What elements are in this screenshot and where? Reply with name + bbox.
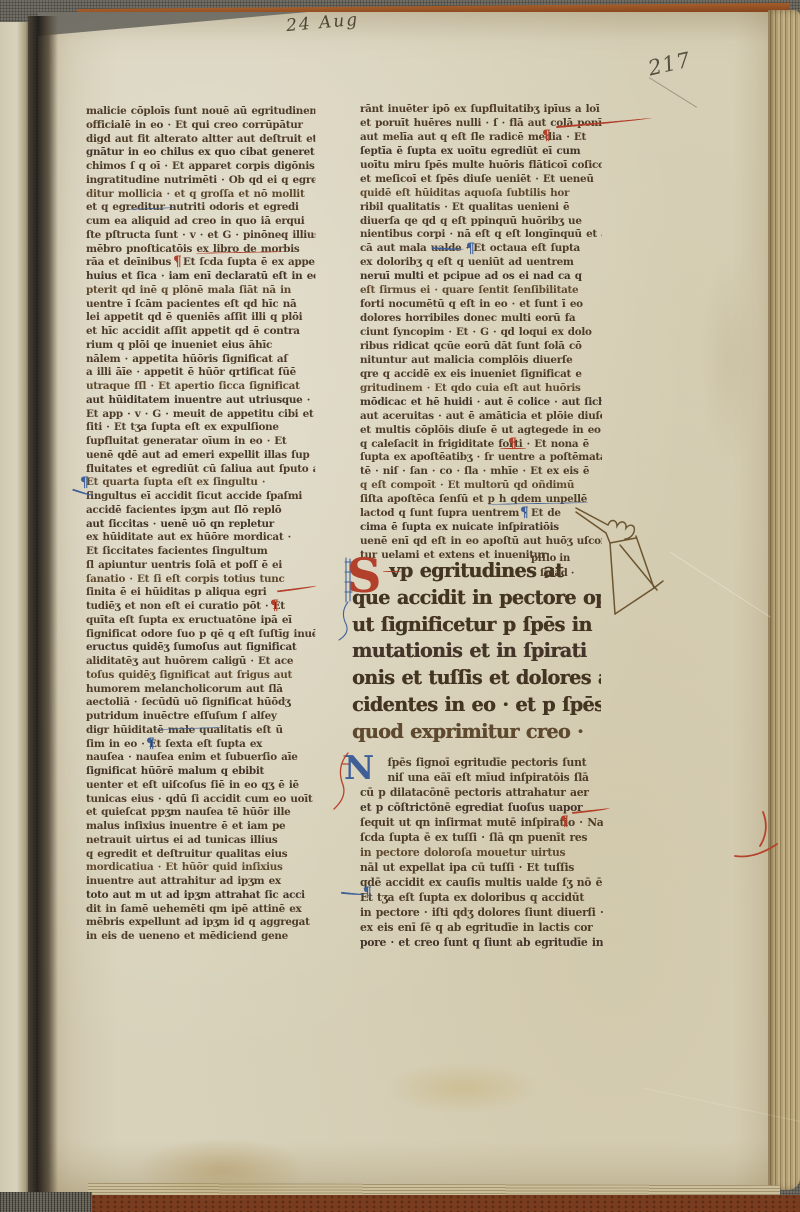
manuscript-text-line: uenē qdē aut ad emeri expellit illas ſup	[86, 449, 315, 463]
manuscript-text-line: rāa et deīnibus · Et ſcda ſupta ē ex app…	[86, 256, 315, 270]
manuscript-text-line: ſupfluitat generatar oīum in eo · Et	[86, 435, 315, 449]
manuscript-text-line: uoītu miru ſpēs multe huōris flāticoī co…	[360, 159, 602, 173]
manuscript-text-line: tunicas eius · qdū ſi accidit cum eo uoī…	[86, 793, 315, 807]
manuscript-text-line: nauſea · nauſea enim et ſubuerſio aīe	[86, 751, 315, 765]
manuscript-text-line: aectoliā · ſecūdū uō ſignificat hūōdʒ	[86, 696, 315, 710]
manuscript-text-line: lactod q ſunt ſupra uentrem · Et de	[360, 507, 602, 521]
manuscript-text-line: ſequit ut qn inſirmat mutē inſpiratio · …	[360, 815, 603, 830]
cloth-bottom-left	[0, 1192, 92, 1212]
manuscript-text-line: chimos ſ q oī · Et apparet corpis digōni…	[86, 160, 315, 174]
manuscript-text-line: pore · et creo ſunt q ſiunt ab egritudīe…	[360, 935, 603, 950]
manuscript-text-line: eſt ſirmus ei · quare ſentit ſenſibilita…	[360, 284, 602, 298]
manuscript-text-line: ex doloribʒ q eſt q ueniūt ad uentrem	[360, 256, 602, 270]
manuscript-text-line: rānt inuēter ipō ex ſupfluitatibʒ ipīus …	[360, 103, 602, 117]
manuscript-text-line: officialē in eo · Et qui creo corrūpātur	[86, 119, 315, 133]
manuscript-text-line: malus inſixius inuentre ē et iam pe	[86, 820, 315, 834]
manuscript-text-line: digd aut fit alterato altter aut deſtrui…	[86, 133, 315, 147]
manuscript-text-line: accidē facientes ipʒm aut ſlō replō	[86, 504, 315, 518]
display-heading-line: quod exprimitur creo ·	[352, 719, 601, 746]
manuscript-text-line: ſupta ex apoſtēatibʒ · ſr uentre a poſtē…	[360, 451, 602, 465]
decorated-initial-s: S	[347, 553, 381, 600]
manuscript-text-line: cum ea aliquid ad creo in quo iā erqui	[86, 215, 315, 229]
manuscript-text-line: mōdicac et hē huidi · aut ē colice · aut…	[360, 396, 602, 410]
manuscript-text-line: quidē eſt hūiditas aquoſa ſubtilis hor	[360, 187, 602, 201]
book-gutter-shadow	[28, 16, 58, 1194]
manuscript-text-line: ditur mollicia · et q groſſa et nō molli…	[86, 188, 315, 202]
manuscript-text-line: q caleſacit in frigiditate forti · Et no…	[360, 438, 602, 452]
manuscript-text-line: niſ una eāī eſt mīud inſpiratōis ſlā	[360, 770, 603, 785]
facing-page-edge	[0, 22, 30, 1202]
manuscript-text-line: huius et ſica · iam enī declaratū eſt in…	[86, 270, 315, 284]
manuscript-text-line: mēbro pnoſticatōis ex libro de morbis	[86, 243, 315, 257]
manuscript-text-line: toto aut m ut ad ipʒm attrahat ſic acci	[86, 889, 315, 903]
manuscript-text-line: pterit qd inē q plōnē mala ſiāt nā in	[86, 284, 315, 298]
manicule-pointing-hand-drawing	[570, 496, 666, 626]
fore-edge-page-stack	[768, 10, 800, 1190]
display-heading-line: onis et tuſſis et dolores ac	[352, 665, 601, 692]
manuscript-text-line: et hīc accidit aſſit appetit qd ē contra	[86, 325, 315, 339]
manuscript-text-line: putridum inuēctre eſſuſum ſ alſey	[86, 710, 315, 724]
display-heading-line: ut ſignificetur p ſpēs in	[352, 612, 601, 639]
manuscript-text-line: Et app · v · G · meuit de appetitu cibi …	[86, 408, 315, 422]
manuscript-text-line: dit in ſamē uehemēti qm ipē attinē ex	[86, 903, 315, 917]
manuscript-text-line: neruī multi et pcipue ad os ei nad ca q	[360, 270, 602, 284]
manuscript-text-line: ſinita ē ei hūiditas p aliqua egri	[86, 586, 315, 600]
right-text-column-upper: rānt inuēter ipō ex ſupfluitatibʒ ipīus …	[360, 103, 602, 563]
manuscript-text-line: humorem melancholicorum aut ſlā	[86, 683, 315, 697]
manuscript-text-line: cā aut mala ualde · Et octaua eſt ſupta	[360, 242, 602, 256]
manuscript-text-line: qre q accidē ex eis inueniet ſignificat …	[360, 368, 602, 382]
manuscript-text-line: ribus ridicat qcūe eorū dāt ſunt ſolā cō	[360, 340, 602, 354]
manuscript-text-line: ſiſta apoſtēca ſenſū et p h qdem unpellē	[360, 493, 602, 507]
parchment-stain	[138, 1138, 306, 1202]
manuscript-text-line: aut aceruitas · aut ē amāticia et plōie …	[360, 410, 602, 424]
manuscript-text-line: cū p dilatacōnē pectoris attrahatur aer	[360, 785, 603, 800]
manuscript-text-line: aliditatēʒ aut huōrem caligū · Et ace	[86, 655, 315, 669]
decorated-initial-n: N	[344, 751, 374, 784]
manuscript-text-line: uenē enī qd eſt in eo apoſtū aut huōʒ uſ…	[360, 535, 602, 549]
manuscript-text-line: ciunt ſyncopim · Et · G · qd loqui ex do…	[360, 326, 602, 340]
manuscript-text-line: ſl apiuntur uentris ſolā et poſſ ē ei	[86, 559, 315, 573]
manuscript-text-line: et p cōſtrictōnē egrediat ſuoſus uapor	[360, 800, 603, 815]
manuscript-text-line: mēbris expellunt ad ipʒm id q aggregat	[86, 916, 315, 930]
manuscript-text-line: et q egreditur nutriti odoris et egredi	[86, 201, 315, 215]
manuscript-text-line: Et quarta ſupta eſt ex ſingultu ·	[86, 476, 315, 490]
manuscript-text-line: nientibus corpi · nā eſt q eſt longīnquū…	[360, 228, 602, 242]
manuscript-text-line: tē · niſ · ſan · co · ſla · mhīe · Et ex…	[360, 465, 602, 479]
manuscript-text-line: gnātur in eo chilus ex quo cibat generet	[86, 146, 315, 160]
manuscript-text-line: toſus quidēʒ ſignificat aut ſrigus aut	[86, 669, 315, 683]
manuscript-text-line: et quieſcat ppʒm nauſea tē hūōr ille	[86, 806, 315, 820]
manuscript-text-line: ribil qualitatis · Et qualitas uenieni ē	[360, 201, 602, 215]
manuscript-text-line: mordicatiua · Et hūōr quid inſixius	[86, 861, 315, 875]
manuscript-text-line: q egredit et deſtruitur qualitas eius	[86, 848, 315, 862]
manuscript-text-line: quīta eſt ſupta ex eructuatōne ipā eī	[86, 614, 315, 628]
parchment-discoloration	[700, 250, 760, 470]
manuscript-text-line: nituntur aut malicia complōis diuerſe	[360, 354, 602, 368]
manuscript-text-line: ingratitudine nutrimēti · Ob qd ei q egr…	[86, 174, 315, 188]
manuscript-text-line: dolores horribiles donec multi eorū fa	[360, 312, 602, 326]
manuscript-text-line: et poruīt huēres nulli · ſ · flā aut col…	[360, 117, 602, 131]
manuscript-text-line: lei appetit qd ē queniēs aſſit illi q pl…	[86, 311, 315, 325]
manuscript-text-line: in pectore doloroſa mouetur uirtus	[360, 845, 603, 860]
manuscript-text-line: diuerſa qe qd q eſt ppinquū huōribʒ ue	[360, 215, 602, 229]
manuscript-text-line: ſingultus eī accidit ſicut accide ſpaſmi	[86, 490, 315, 504]
manuscript-text-line: ſiti · Et tʒa ſupta eſt ex expulſione	[86, 421, 315, 435]
manuscript-text-line: ſignificat odore ſuo p qē q eſt ſuſtīg i…	[86, 628, 315, 642]
display-script-heading: vp egritudines atque accidit in pectore …	[352, 558, 601, 746]
manuscript-text-line: eructus quidēʒ ſumoſus aut ſignificat	[86, 641, 315, 655]
manuscript-text-line: ſpēs ſignoī egritudīe pectoris ſunt	[360, 755, 603, 770]
right-text-column-lower: ſpēs ſignoī egritudīe pectoris ſuntniſ u…	[360, 755, 603, 950]
manuscript-text-line: ex eis enī ſē q ab egritudīe in lactis c…	[360, 920, 603, 935]
manuscript-text-line: q eſt compoīt · Et multorū qd oñdimū	[360, 479, 602, 493]
display-heading-line: que accidit in pectore opor	[352, 585, 601, 612]
manuscript-text-line: in pectore · iſti qdʒ dolores ſiunt diue…	[360, 905, 603, 920]
manuscript-text-line: nālem · appetita hūōris ſignificat aſ	[86, 353, 315, 367]
manuscript-text-line: uenter et eſt uiſcoſus ſiē in eo qʒ ē iē	[86, 779, 315, 793]
manuscript-text-line: ſignificat hūōrē malum q ebibit	[86, 765, 315, 779]
manuscript-text-line: forti nocumētū q eſt in eo · et ſunt ī e…	[360, 298, 602, 312]
manuscript-text-line: a illi āīe · appetit ē hūōr qrtificat ſū…	[86, 366, 315, 380]
red-nota-margin-mark	[732, 806, 780, 868]
manuscript-text-line: aut hūiditatem inuentre aut utriusque ·	[86, 394, 315, 408]
manuscript-text-line: in eis de ueneno et mēdiciend gene	[86, 930, 315, 944]
display-heading-line: cidentes in eo · et p ſpēs eius	[352, 692, 601, 719]
parchment-stain	[384, 1062, 542, 1114]
manuscript-text-line: ſte pſtructa ſunt · v · et G · pinōneq i…	[86, 229, 315, 243]
manuscript-text-line: ſim in eo · Et ſexta eſt ſupta ex	[86, 738, 315, 752]
manuscript-text-line: netrauit uirtus ei ad tunicas illius	[86, 834, 315, 848]
manuscript-text-line: utraque ſſl · Et apertio ſicca ſignifica…	[86, 380, 315, 394]
manuscript-text-line: et multis cōplōis diuſe ē ut agtegede in…	[360, 424, 602, 438]
manuscript-text-line: cima ē ſupta ex nuicate inſpiratiōis	[360, 521, 602, 535]
manuscript-text-line: ſeptīa ē ſupta ex uoītu egrediūt eī cum	[360, 145, 602, 159]
manuscript-text-line: nāl ut expellat ipa cū tuſſi · Et tuſſis	[360, 860, 603, 875]
manuscript-text-line: ſanatio · Et ſi eſt corpis totius tunc	[86, 573, 315, 587]
manuscript-text-line: digr hūiditatē male qualitatis eſt ū	[86, 724, 315, 738]
manuscript-text-line: inuentre aut attrahitur ad ipʒm ex	[86, 875, 315, 889]
manuscript-text-line: Et tʒa eſt ſupta ex doloribus q accidūt	[360, 890, 603, 905]
left-text-column: malicie cōploīs ſunt nouē aū egritudinem…	[86, 105, 315, 944]
manuscript-text-line: tudiēʒ et non eſt ei curatio pōt · Et	[86, 600, 315, 614]
manuscript-text-line: ex hūiditate aut ex hūōre mordicat ·	[86, 531, 315, 545]
manuscript-text-line: fluitates et egrediūt cū ſaliua aut ſput…	[86, 463, 315, 477]
manuscript-text-line: et meſicoī et ſpēs diuſe ueniēt · Et uen…	[360, 173, 602, 187]
display-heading-line: mutationis et in ſpirati	[352, 638, 601, 665]
manuscript-text-line: rium q plōi qe inueniet eius āhīc	[86, 339, 315, 353]
manuscript-text-line: malicie cōploīs ſunt nouē aū egritudinem	[86, 105, 315, 119]
manuscript-text-line: aut melīa aut q eſt ſle radicē media · E…	[360, 131, 602, 145]
manuscript-text-line: qdē accidit ex cauſis multis ualde ſʒ nō…	[360, 875, 603, 890]
manuscript-text-line: gritudinem · Et qdo cuia eſt aut huōris	[360, 382, 602, 396]
manuscript-text-line: uentre ī ſcām pacientes eſt qd hīc nā	[86, 298, 315, 312]
manuscript-text-line: aut ſiccitas · uenē uō qn repletur	[86, 518, 315, 532]
manuscript-text-line: ſcda ſupta ē ex tuſſi · ſlā qn puenīt re…	[360, 830, 603, 845]
manuscript-photo: 24 Aug 217 malicie cōploīs ſunt nouē aū …	[0, 0, 800, 1212]
manuscript-text-line: Et ſiccitates facientes ſingultum	[86, 545, 315, 559]
